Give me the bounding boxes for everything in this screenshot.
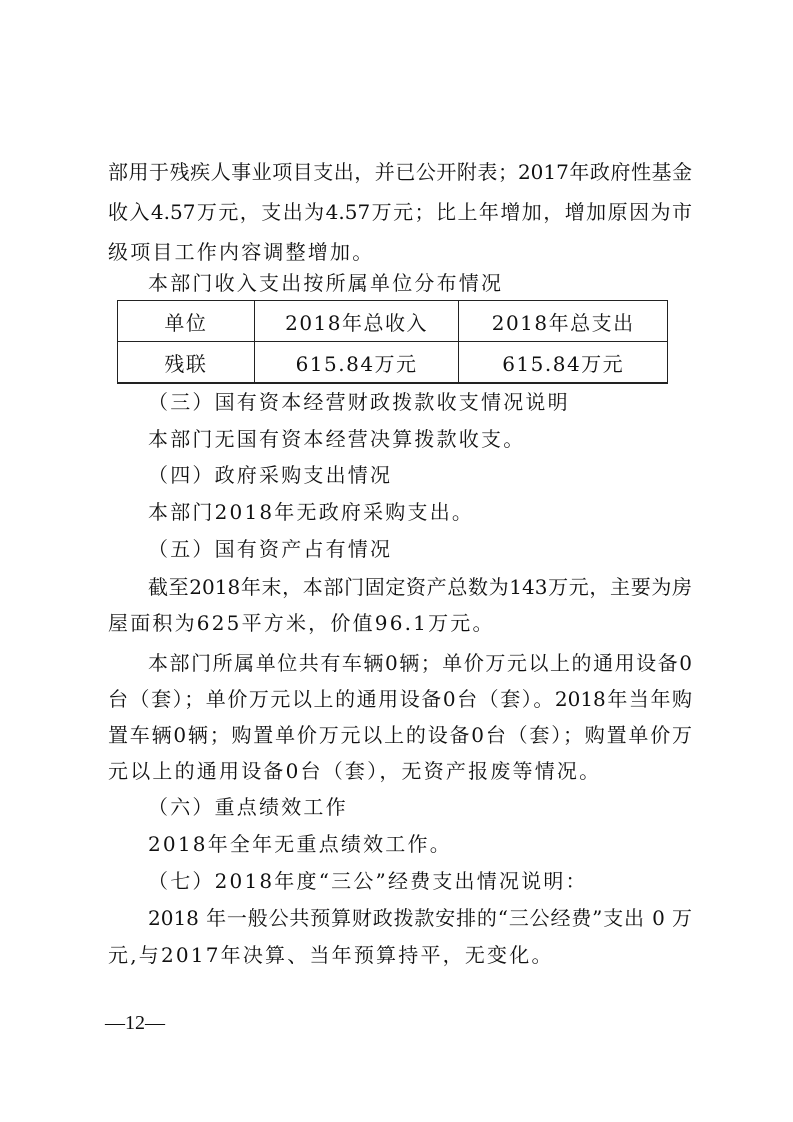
- table-header-row: 单位 2018年总收入 2018年总支出: [118, 301, 668, 342]
- paragraph-line: 截至2018年末，本部门固定资产总数为143万元，主要为房: [148, 575, 692, 599]
- section-heading: （七）2018年度“三公”经费支出情况说明：: [148, 869, 588, 893]
- paragraph-line: 收入4.57万元，支出为4.57万元；比上年增加，增加原因为市: [108, 200, 692, 224]
- table-header-cell: 2018年总支出: [459, 301, 668, 342]
- paragraph-line: 元,与2017年决算、当年预算持平，无变化。: [108, 943, 554, 967]
- page-number: —12—: [105, 1012, 165, 1035]
- paragraph-line: 屋面积为625平方米，价值96.1万元。: [108, 611, 495, 635]
- paragraph-line: 本部门2018年无政府采购支出。: [148, 500, 474, 524]
- section-heading: （三）国有资本经营财政拨款收支情况说明: [148, 390, 570, 414]
- table-header-cell: 2018年总收入: [254, 301, 459, 342]
- table-cell: 残联: [118, 342, 255, 384]
- paragraph-line: 本部门无国有资本经营决算拨款收支。: [148, 427, 525, 451]
- paragraph-line: 2018 年一般公共预算财政拨款安排的“三公经费”支出 0 万: [148, 906, 692, 930]
- paragraph-line: 本部门所属单位共有车辆0辆；单价万元以上的通用设备0: [148, 651, 692, 675]
- paragraph-line: 2018年全年无重点绩效工作。: [148, 832, 452, 856]
- section-heading: （六）重点绩效工作: [148, 795, 348, 819]
- section-heading: （四）政府采购支出情况: [148, 463, 392, 487]
- table-cell: 615.84万元: [254, 342, 459, 384]
- table-header-cell: 单位: [118, 301, 255, 342]
- paragraph-line: 置车辆0辆；购置单价万元以上的设备0台（套）；购置单价万: [108, 723, 692, 747]
- table-caption: 本部门收入支出按所属单位分布情况: [148, 271, 503, 295]
- table-cell: 615.84万元: [459, 342, 668, 384]
- paragraph-line: 级项目工作内容调整增加。: [108, 240, 374, 264]
- unit-income-expense-table: 单位 2018年总收入 2018年总支出 残联 615.84万元 615.84万…: [117, 300, 668, 384]
- paragraph-line: 台（套）；单价万元以上的通用设备0台（套）。2018年当年购: [108, 687, 692, 711]
- table-row: 残联 615.84万元 615.84万元: [118, 342, 668, 384]
- paragraph-line: 部用于残疾人事业项目支出，并已公开附表；2017年政府性基金: [108, 160, 692, 184]
- section-heading: （五）国有资产占有情况: [148, 537, 392, 561]
- paragraph-line: 元以上的通用设备0台（套），无资产报废等情况。: [108, 759, 601, 783]
